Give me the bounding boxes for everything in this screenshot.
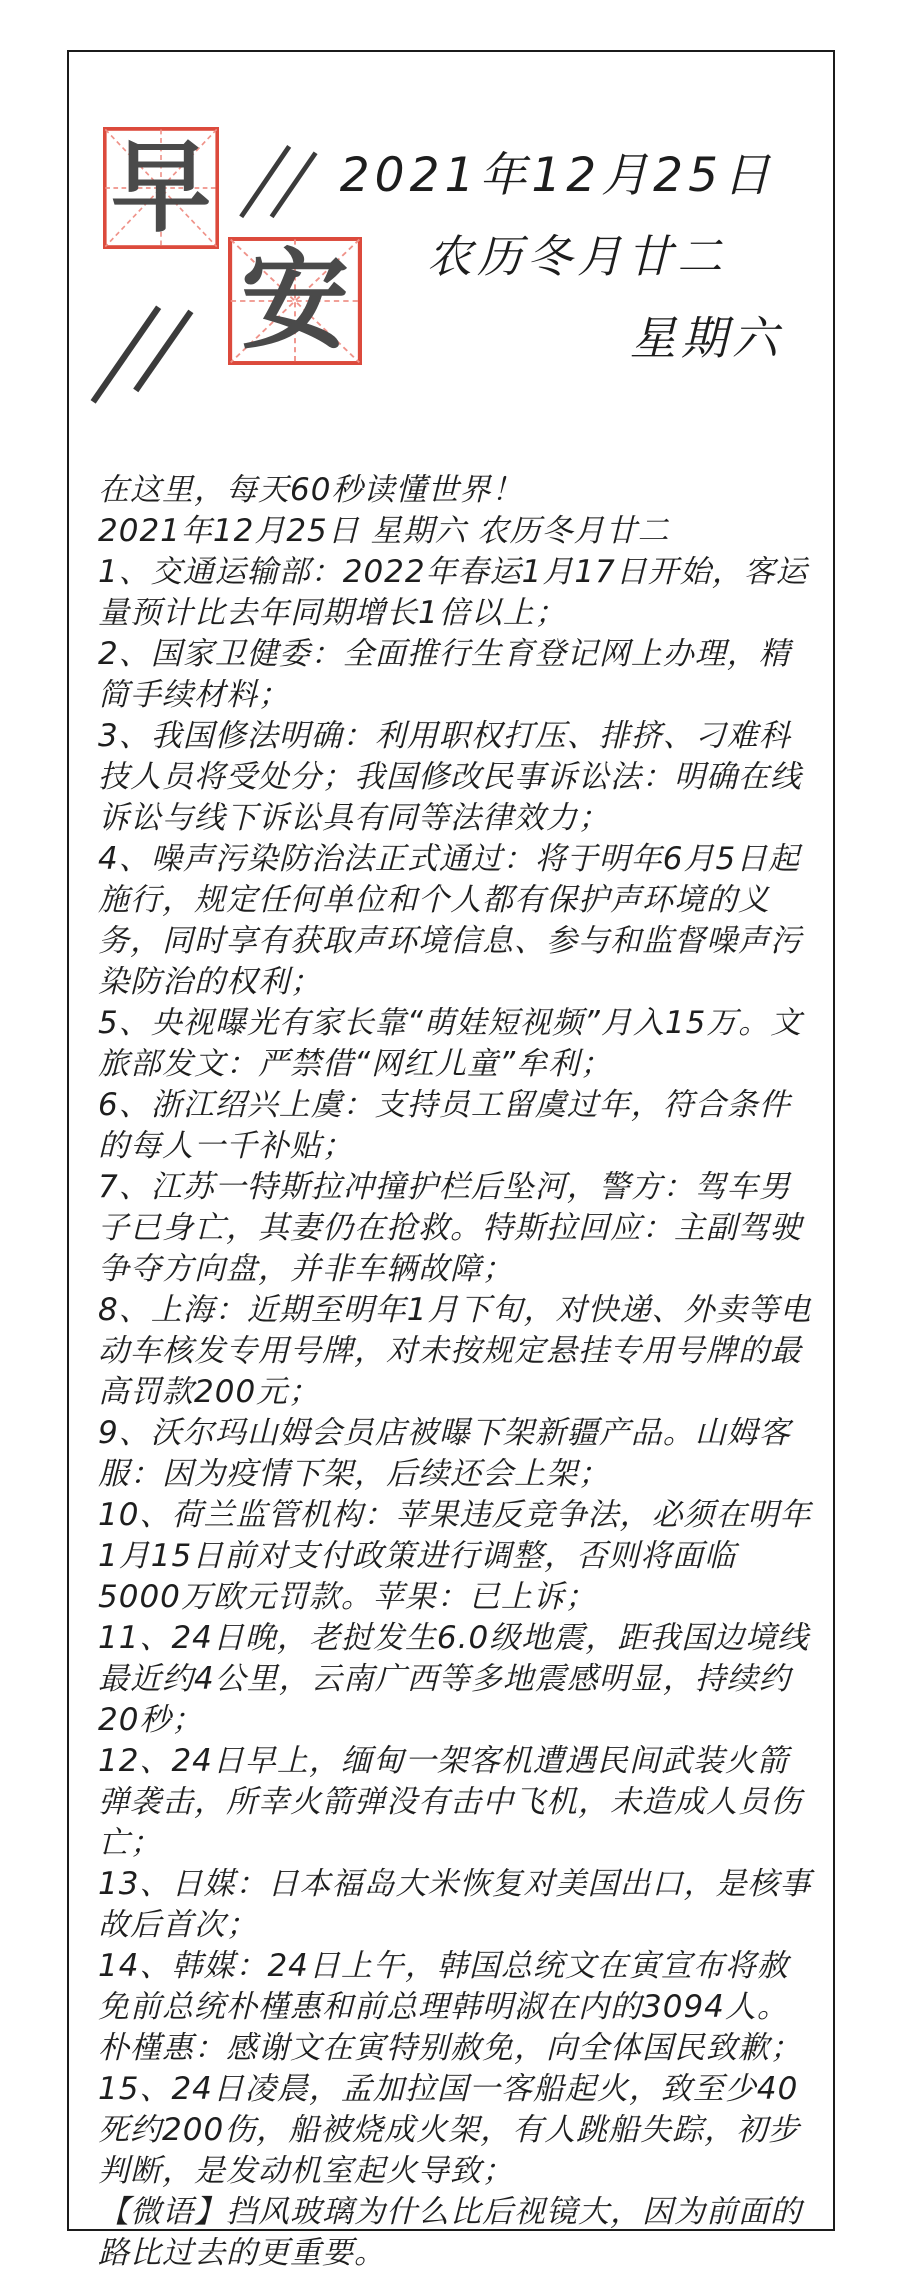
news-item: 12、24日早上，缅甸一架客机遭遇民间武装火箭弹袭击，所幸火箭弹没有击中飞机，未… (98, 1741, 814, 1864)
big-char-an: 安 (228, 237, 362, 365)
date-line-weekday: 星期六 (630, 302, 783, 368)
morning-news-poster: 早 安 2021年12月25日 农历冬月廿二 星期六 在这里，每天60秒读懂世界… (0, 0, 900, 2280)
calligraphy-box-an: 安 (228, 237, 362, 365)
news-item: 8、上海：近期至明年1月下旬，对快递、外卖等电动车核发专用号牌，对未按规定悬挂专… (98, 1290, 814, 1413)
intro-line: 在这里，每天60秒读懂世界！ (98, 470, 814, 511)
big-char-zao: 早 (103, 127, 219, 249)
double-slash-icon (90, 296, 194, 410)
news-item: 2、国家卫健委：全面推行生育登记网上办理，精简手续材料； (98, 634, 814, 716)
news-item: 11、24日晚，老挝发生6.0级地震，距我国边境线最近约4公里，云南广西等多地震… (98, 1618, 814, 1741)
calligraphy-box-zao: 早 (103, 127, 219, 249)
news-item: 13、日媒：日本福岛大米恢复对美国出口，是核事故后首次； (98, 1864, 814, 1946)
date-line-gregorian: 2021年12月25日 (340, 138, 775, 205)
news-item: 6、浙江绍兴上虞：支持员工留虞过年，符合条件的每人一千补贴； (98, 1085, 814, 1167)
news-item: 4、噪声污染防治法正式通过：将于明年6月5日起施行，规定任何单位和个人都有保护声… (98, 839, 814, 1003)
news-item: 5、央视曝光有家长靠“萌娃短视频”月入15万。文旅部发文：严禁借“网红儿童”牟利… (98, 1003, 814, 1085)
news-item: 15、24日凌晨，孟加拉国一客船起火，致至少40死约200伤，船被烧成火架，有人… (98, 2069, 814, 2192)
news-item: 9、沃尔玛山姆会员店被曝下架新疆产品。山姆客服：因为疫情下架，后续还会上架； (98, 1413, 814, 1495)
double-slash-icon (238, 140, 318, 220)
news-body: 在这里，每天60秒读懂世界！ 2021年12月25日 星期六 农历冬月廿二 1、… (98, 470, 814, 2274)
news-item: 3、我国修法明确：利用职权打压、排挤、刁难科技人员将受处分；我国修改民事诉讼法：… (98, 716, 814, 839)
news-item: 1、交通运输部：2022年春运1月17日开始，客运量预计比去年同期增长1倍以上； (98, 552, 814, 634)
news-item: 14、韩媒：24日上午，韩国总统文在寅宣布将赦免前总统朴槿惠和前总理韩明淑在内的… (98, 1946, 814, 2069)
news-item: 10、荷兰监管机构：苹果违反竞争法，必须在明年1月15日前对支付政策进行调整，否… (98, 1495, 814, 1618)
date-line-lunar: 农历冬月廿二 (427, 220, 727, 285)
date-summary-line: 2021年12月25日 星期六 农历冬月廿二 (98, 511, 814, 552)
news-item: 7、江苏一特斯拉冲撞护栏后坠河，警方：驾车男子已身亡，其妻仍在抢救。特斯拉回应：… (98, 1167, 814, 1290)
weiyu-line: 【微语】挡风玻璃为什么比后视镜大，因为前面的路比过去的更重要。 (98, 2192, 814, 2274)
